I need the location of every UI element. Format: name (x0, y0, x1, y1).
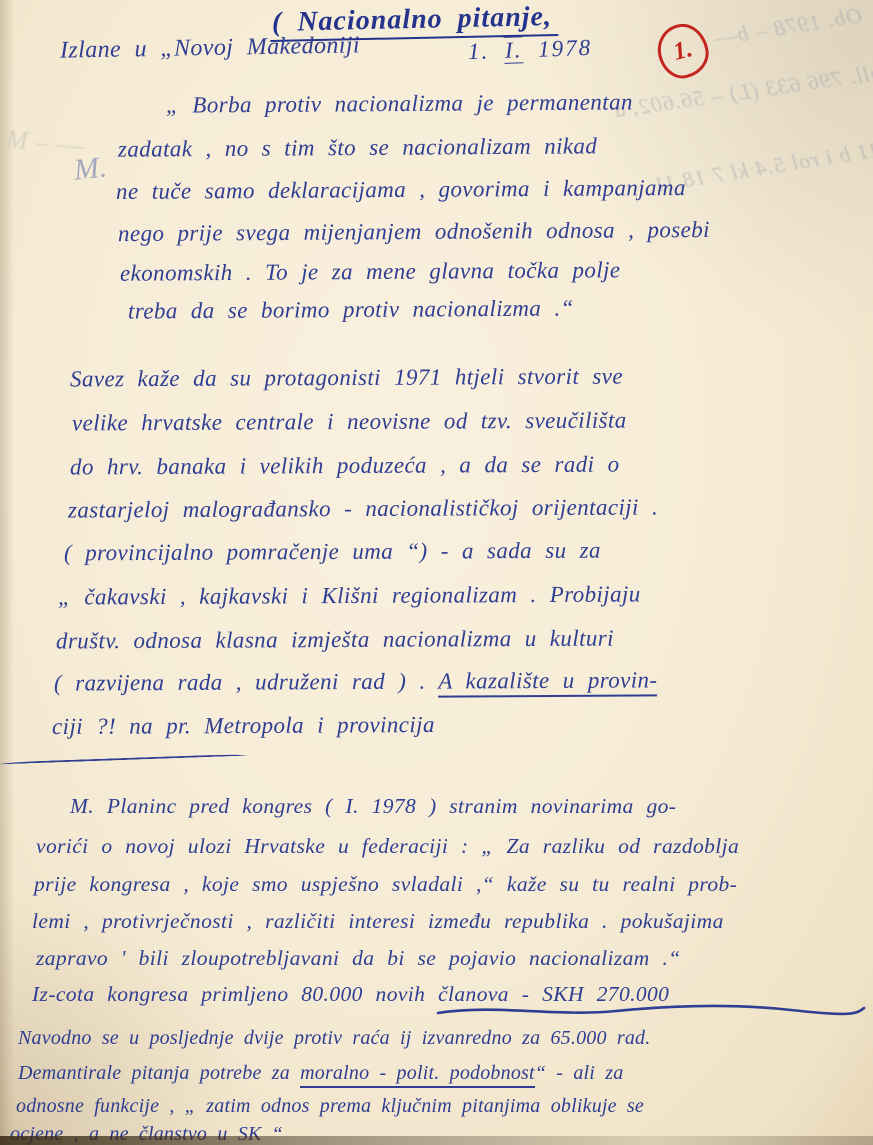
date-day: 1. (468, 38, 490, 64)
handwritten-line: treba da se borimo protiv nacionalizma .… (128, 296, 574, 322)
line-text: “ - ali za (535, 1062, 624, 1084)
handwritten-line: Navodno se u posljednje dvije protiv rać… (18, 1028, 650, 1048)
handwritten-line: Savez kaže da su protagonisti 1971 htjel… (70, 365, 623, 391)
wavy-underline (436, 1002, 866, 1020)
handwritten-line: „ Borba protiv nacionalizma je permanent… (166, 90, 633, 116)
underline-stroke (0, 754, 248, 765)
handwritten-line: odnosne funkcije , „ zatim odnos prema k… (16, 1096, 644, 1116)
date-year: 1978 (538, 35, 593, 62)
ghost-bleedthrough: Ob. 1978 – b–– (711, 2, 864, 51)
underlined-phrase: A kazalište u provin- (438, 667, 657, 697)
handwritten-line: „ čakavski , kajkavski i Klišni regional… (58, 582, 641, 608)
handwritten-line: ciji ?! na pr. Metropola i provincija (52, 713, 435, 738)
handwritten-line: zadatak , no s tim što se nacionalizam n… (118, 134, 597, 160)
underlined-phrase: moralno - polit. podobnost (300, 1062, 535, 1088)
handwritten-line: ekonomskih . To je za mene glavna točka … (120, 258, 621, 284)
handwritten-line: zastarjeloj malograđansko - nacionalisti… (68, 495, 658, 521)
handwritten-line: ( provincijalno pomračenje uma “) - a sa… (64, 539, 601, 565)
handwritten-line: Demantirale pitanja potrebe za moralno -… (18, 1063, 623, 1083)
handwritten-line: do hrv. banaka i velikih poduzeća , a da… (70, 453, 620, 479)
underlined-phrase: ciji ?! (52, 714, 116, 739)
handwritten-line: zapravo ' bili zloupotrebljavani da bi s… (36, 948, 681, 970)
handwritten-line: prije kongresa , koje smo uspješno svlad… (34, 874, 737, 896)
date-month-roman: I. (504, 36, 524, 64)
handwritten-line: M. Planinc pred kongres ( I. 1978 ) stra… (70, 796, 676, 818)
handwritten-line: ( razvijena rada , udruženi rad ) . A ka… (54, 668, 658, 694)
handwritten-line: ocjene , a ne članstvo u SK “ (10, 1124, 283, 1144)
paper: Ob. 1978 – b–– kull. 796 633 (L) – 56.60… (0, 0, 873, 1145)
ghost-bleedthrough: kull. 796 633 (L) – 56.602, a (612, 59, 873, 124)
handwritten-line: nego prije svega mijenjanjem odnošenih o… (118, 218, 710, 245)
handwritten-line: lemi , protivrječnosti , različiti inter… (32, 911, 724, 933)
handwritten-line: društv. odnosa klasna izmješta nacionali… (56, 627, 614, 653)
line-text: na pr. Metropola i provincija (116, 712, 435, 739)
subtitle-publication: Izlane u „Novoj Makedoniji (60, 33, 360, 62)
line-text: ( razvijena rada , udruženi rad ) . (54, 669, 438, 696)
handwritten-line: vorići o novoj ulozi Hrvatske u federaci… (36, 836, 739, 858)
margin-note: M. (73, 152, 109, 185)
line-text: Demantirale pitanja potrebe za (18, 1062, 300, 1084)
handwritten-line: velike hrvatske centrale i neovisne od t… (72, 409, 627, 435)
page-number-circle: 1. (652, 19, 714, 83)
handwritten-line: ne tuče samo deklaracijama , govorima i … (116, 176, 686, 203)
publication-date: 1. I. 1978 (468, 36, 593, 63)
page-number: 1. (671, 35, 696, 67)
